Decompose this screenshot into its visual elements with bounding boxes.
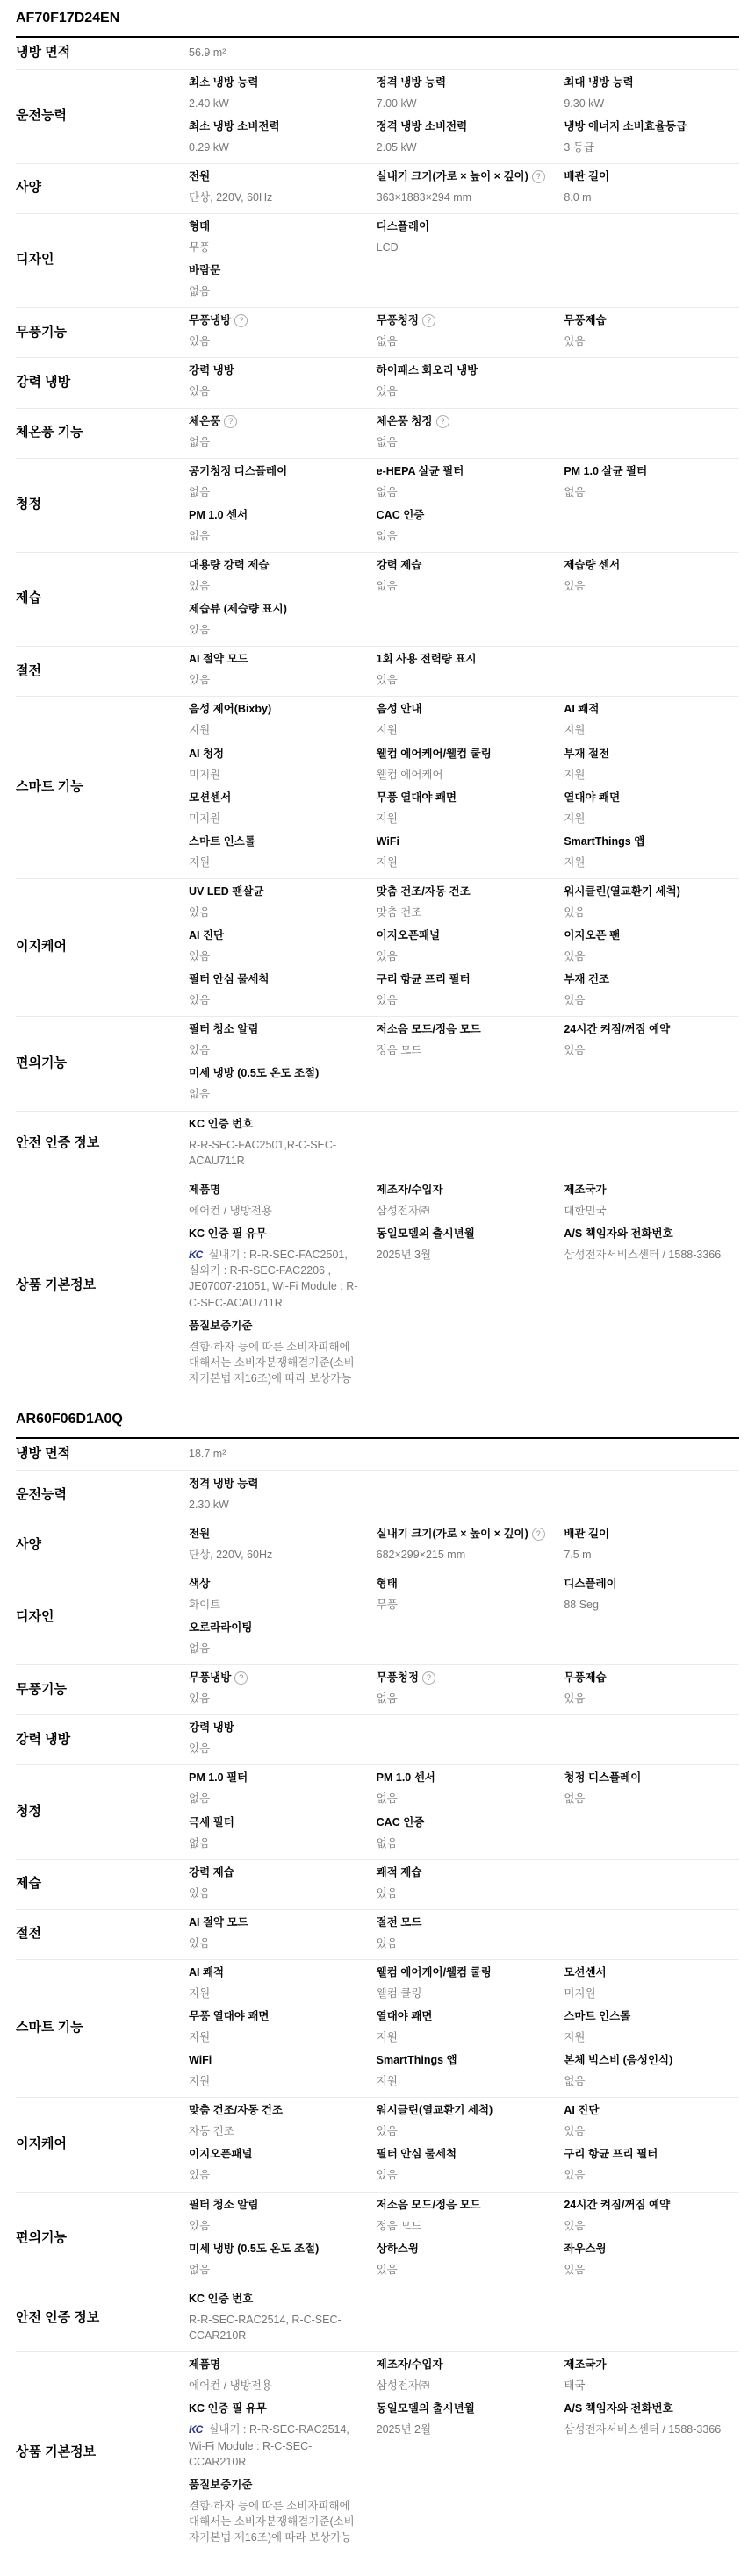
spec-rows: UV LED 팬살균있음맞춤 건조/자동 건조맞춤 건조워시클린(열교환기 세척… [189, 885, 739, 1008]
spec-value: 대한민국 [564, 1203, 739, 1219]
spec-label: 이지오픈 팬 [564, 929, 739, 942]
spec-value: 없음 [189, 434, 364, 450]
spec-cell: 쾌적 제습있음 [377, 1866, 552, 1901]
spec-section-row: 디자인색상화이트형태무풍디스플레이88 Seg오로라라이팅없음 [16, 1571, 739, 1665]
section-category: 강력 냉방 [16, 1731, 189, 1749]
spec-label: 실내기 크기(가로 × 높이 × 깊이)? [377, 170, 552, 183]
spec-cell: 공기청정 디스플레이없음 [189, 465, 364, 500]
spec-cell: 제습량 센서있음 [564, 559, 739, 594]
spec-cell: KC 인증 필 유무KC실내기 : R-R-SEC-RAC2514, Wi-Fi… [189, 2402, 364, 2470]
info-tooltip-icon[interactable]: ? [532, 1528, 545, 1541]
spec-cell: 본체 빅스비 (음성인식)없음 [564, 2054, 739, 2089]
spec-value: 없음 [377, 1691, 552, 1707]
spec-cell: 이지오픈 팬있음 [564, 929, 739, 964]
spec-cell: 상하스윙있음 [377, 2243, 552, 2278]
spec-value: KC실내기 : R-R-SEC-RAC2514, Wi-Fi Module : … [189, 2422, 364, 2470]
spec-label: 맞춤 건조/자동 건조 [377, 885, 552, 898]
section-category: 절전 [16, 662, 189, 680]
section-category: 상품 기본정보 [16, 1277, 189, 1294]
spec-value: 없음 [377, 484, 552, 500]
spec-label: 전원 [189, 170, 364, 183]
spec-section-row: 편의기능필터 청소 알림있음저소음 모드/정음 모드정음 모드24시간 켜짐/꺼… [16, 1017, 739, 1111]
spec-cell: 디스플레이LCD [377, 220, 552, 255]
spec-cell-row: 색상화이트형태무풍디스플레이88 Seg [189, 1578, 739, 1613]
spec-value: 있음 [189, 1042, 364, 1058]
spec-value: 지원 [189, 855, 364, 870]
spec-value: 결함·하자 등에 따른 소비자피해에 대해서는 소비자분쟁해결기준(소비자기본법… [189, 1339, 364, 1386]
info-tooltip-icon[interactable]: ? [224, 415, 237, 428]
spec-value: KC실내기 : R-R-SEC-FAC2501, 실외기 : R-R-SEC-F… [189, 1247, 364, 1311]
spec-value: 자동 건조 [189, 2123, 364, 2139]
spec-label: 모션센서 [564, 1966, 739, 1979]
spec-label: A/S 책임자와 전화번호 [564, 1227, 739, 1241]
spec-value: 있음 [189, 333, 364, 349]
spec-label: 부재 절전 [564, 748, 739, 761]
spec-cell-row: 바람문없음 [189, 264, 739, 299]
spec-section-row: 사양전원단상, 220V, 60Hz실내기 크기(가로 × 높이 × 깊이)?6… [16, 1521, 739, 1571]
spec-label: AI 절약 모드 [189, 1916, 364, 1929]
spec-rows: 맞춤 건조/자동 건조자동 건조워시클린(열교환기 세척)있음AI 진단있음이지… [189, 2104, 739, 2183]
spec-cell: 제품명에어컨 / 냉방전용 [189, 2358, 364, 2394]
spec-cell-row: 미세 냉방 (0.5도 온도 조절)없음상하스윙있음좌우스윙있음 [189, 2243, 739, 2278]
spec-label: 웰컴 에어케어/웰컴 쿨링 [377, 748, 552, 761]
spec-value: 지원 [564, 767, 739, 783]
spec-label: CAC 인증 [377, 509, 552, 522]
spec-value: 무풍 [189, 240, 364, 255]
spec-value: 있음 [564, 2123, 739, 2139]
spec-cell-row: 제습뷰 (제습량 표시)있음 [189, 603, 739, 638]
spec-label: 색상 [189, 1578, 364, 1591]
spec-cell: 무풍제습있음 [564, 1671, 739, 1707]
spec-cell: 디스플레이88 Seg [564, 1578, 739, 1613]
spec-cell-row: 공기청정 디스플레이없음e-HEPA 살균 필터없음PM 1.0 살균 필터없음 [189, 465, 739, 500]
spec-cell: 저소음 모드/정음 모드정음 모드 [377, 2199, 552, 2234]
spec-label: 필터 청소 알림 [189, 1023, 364, 1036]
spec-value: 없음 [189, 1791, 364, 1807]
spec-cell: 필터 안심 물세척있음 [377, 2148, 552, 2183]
spec-cell-row: 맞춤 건조/자동 건조자동 건조워시클린(열교환기 세척)있음AI 진단있음 [189, 2104, 739, 2139]
spec-cell-row: 무풍 열대야 쾌면지원열대야 쾌면지원스마트 인스톨지원 [189, 2010, 739, 2045]
spec-value: 있음 [564, 2167, 739, 2183]
spec-value: 없음 [189, 1086, 364, 1102]
spec-section-row: 상품 기본정보제품명에어컨 / 냉방전용제조자/수입자삼성전자㈜제조국가대한민국… [16, 1177, 739, 1394]
spec-cell: SmartThings 앱지원 [564, 835, 739, 870]
spec-cell: WiFi지원 [189, 2054, 364, 2089]
spec-value: 결함·하자 등에 따른 소비자피해에 대해서는 소비자분쟁해결기준(소비자기본법… [189, 2498, 364, 2545]
spec-label: 좌우스윙 [564, 2243, 739, 2256]
spec-rows: 강력 냉방있음하이패스 회오리 냉방있음 [189, 364, 739, 399]
spec-cell-row: 전원단상, 220V, 60Hz실내기 크기(가로 × 높이 × 깊이)?363… [189, 170, 739, 205]
spec-value: 있음 [377, 672, 552, 688]
spec-cell: KC 인증 번호R-R-SEC-FAC2501,R-C-SEC-ACAU711R [189, 1118, 364, 1169]
spec-cell: 미세 냉방 (0.5도 온도 조절)없음 [189, 1067, 364, 1102]
info-tooltip-icon[interactable]: ? [436, 415, 449, 428]
spec-label: PM 1.0 센서 [377, 1771, 552, 1785]
section-category: 사양 [16, 179, 189, 197]
spec-cell-row: 강력 냉방있음 [189, 1721, 739, 1757]
product-model-title: AF70F17D24EN [16, 7, 739, 38]
spec-section-row: 이지케어맞춤 건조/자동 건조자동 건조워시클린(열교환기 세척)있음AI 진단… [16, 2098, 739, 2192]
spec-label: 저소음 모드/정음 모드 [377, 2199, 552, 2212]
spec-section-row: 강력 냉방강력 냉방있음하이패스 회오리 냉방있음 [16, 358, 739, 408]
spec-section-row: 편의기능필터 청소 알림있음저소음 모드/정음 모드정음 모드24시간 켜짐/꺼… [16, 2193, 739, 2286]
spec-cell-row: 미세 냉방 (0.5도 온도 조절)없음 [189, 1067, 739, 1102]
spec-label: 체온풍? [189, 415, 364, 428]
spec-value: 있음 [564, 333, 739, 349]
spec-cell-row: 제품명에어컨 / 냉방전용제조자/수입자삼성전자㈜제조국가태국 [189, 2358, 739, 2394]
spec-label: 무풍제습 [564, 314, 739, 327]
spec-rows: 필터 청소 알림있음저소음 모드/정음 모드정음 모드24시간 켜짐/꺼짐 예약… [189, 1023, 739, 1102]
spec-label: 필터 청소 알림 [189, 2199, 364, 2212]
spec-cell: 하이패스 회오리 냉방있음 [377, 364, 552, 399]
spec-label: 이지오픈패널 [189, 2148, 364, 2161]
spec-cell: 스마트 인스톨지원 [564, 2010, 739, 2045]
spec-value: 태국 [564, 2378, 739, 2394]
spec-cell-row: 강력 냉방있음하이패스 회오리 냉방있음 [189, 364, 739, 399]
spec-value: 없음 [377, 578, 552, 594]
spec-rows: 음성 제어(Bixby)지원음성 안내지원AI 쾌적지원AI 청정미지원웰컴 에… [189, 703, 739, 870]
spec-value: 지원 [377, 2029, 552, 2045]
spec-value: 삼성전자㈜ [377, 2378, 552, 2394]
spec-value: 있음 [189, 2167, 364, 2183]
spec-section-row: 냉방 면적18.7 m² [16, 1439, 739, 1471]
spec-value: 정음 모드 [377, 1042, 552, 1058]
spec-value: 지원 [377, 722, 552, 738]
spec-cell: WiFi지원 [377, 835, 552, 870]
spec-value: 없음 [189, 1641, 364, 1657]
spec-label: KC 인증 번호 [189, 2293, 364, 2306]
spec-cell-row: 최소 냉방 소비전력0.29 kW정격 냉방 소비전력2.05 kW냉방 에너지… [189, 120, 739, 155]
section-category: 강력 냉방 [16, 374, 189, 391]
spec-cell-row: 강력 제습있음쾌적 제습있음 [189, 1866, 739, 1901]
spec-cell: 음성 제어(Bixby)지원 [189, 703, 364, 738]
spec-value: 웰컴 에어케어 [377, 767, 552, 783]
section-category: 안전 인증 정보 [16, 1134, 189, 1152]
spec-value: 있음 [564, 1042, 739, 1058]
spec-cell: AI 쾌적지원 [564, 703, 739, 738]
spec-label: UV LED 팬살균 [189, 885, 364, 898]
spec-value: 있음 [189, 2218, 364, 2234]
spec-value: 없음 [377, 1835, 552, 1851]
section-category: 절전 [16, 1925, 189, 1943]
spec-cell: 정격 냉방 능력7.00 kW [377, 76, 552, 111]
spec-label: 무풍제습 [564, 1671, 739, 1685]
spec-label: AI 진단 [564, 2104, 739, 2117]
spec-rows: AI 절약 모드있음절전 모드있음 [189, 1916, 739, 1951]
spec-label: AI 청정 [189, 748, 364, 761]
spec-value: 있음 [189, 948, 364, 964]
spec-value: 맞춤 건조 [377, 905, 552, 920]
spec-label: SmartThings 앱 [564, 835, 739, 848]
spec-cell-row: 극세 필터없음CAC 인증없음 [189, 1816, 739, 1851]
spec-value: 있음 [189, 1885, 364, 1901]
spec-cell: 제품명에어컨 / 냉방전용 [189, 1184, 364, 1219]
spec-cell: 열대야 쾌면지원 [377, 2010, 552, 2045]
spec-cell-row: UV LED 팬살균있음맞춤 건조/자동 건조맞춤 건조워시클린(열교환기 세척… [189, 885, 739, 920]
spec-label: 워시클린(열교환기 세척) [377, 2104, 552, 2117]
spec-cell: A/S 책임자와 전화번호삼성전자서비스센터 / 1588-3366 [564, 2402, 739, 2470]
section-category: 안전 인증 정보 [16, 2309, 189, 2327]
spec-cell-row: 이지오픈패널있음필터 안심 물세척있음구리 항균 프리 필터있음 [189, 2148, 739, 2183]
spec-value: 18.7 m² [189, 1446, 364, 1462]
spec-cell: 강력 냉방있음 [189, 364, 364, 399]
spec-value: 363×1883×294 mm [377, 190, 552, 205]
spec-label: 강력 냉방 [189, 1721, 364, 1735]
spec-cell-row: KC 인증 필 유무KC실내기 : R-R-SEC-FAC2501, 실외기 :… [189, 1227, 739, 1311]
spec-cell: 무풍청정?없음 [377, 1671, 552, 1707]
spec-label: A/S 책임자와 전화번호 [564, 2402, 739, 2415]
spec-cell-row: 18.7 m² [189, 1446, 739, 1462]
spec-label: 동일모델의 출시년월 [377, 2402, 552, 2415]
spec-label: 열대야 쾌면 [564, 791, 739, 805]
section-category: 이지케어 [16, 938, 189, 955]
spec-section-row: 청정PM 1.0 필터없음PM 1.0 센서없음청정 디스플레이없음극세 필터없… [16, 1765, 739, 1859]
spec-cell-row: KC 인증 번호R-R-SEC-RAC2514, R-C-SEC-CCAR210… [189, 2293, 739, 2343]
spec-rows: 필터 청소 알림있음저소음 모드/정음 모드정음 모드24시간 켜짐/꺼짐 예약… [189, 2199, 739, 2278]
spec-label: 제습량 센서 [564, 559, 739, 572]
spec-cell-row: PM 1.0 센서없음CAC 인증없음 [189, 509, 739, 544]
spec-cell: 제습뷰 (제습량 표시)있음 [189, 603, 364, 638]
spec-label: 공기청정 디스플레이 [189, 465, 364, 478]
spec-label: 워시클린(열교환기 세척) [564, 885, 739, 898]
spec-value: 무풍 [377, 1597, 552, 1613]
spec-label: 정격 냉방 능력 [189, 1478, 364, 1491]
spec-cell: 실내기 크기(가로 × 높이 × 깊이)?682×299×215 mm [377, 1528, 552, 1563]
spec-label: 제습뷰 (제습량 표시) [189, 603, 364, 616]
spec-value: 에어컨 / 냉방전용 [189, 2378, 364, 2394]
spec-label: 하이패스 회오리 냉방 [377, 364, 552, 377]
spec-rows: 공기청정 디스플레이없음e-HEPA 살균 필터없음PM 1.0 살균 필터없음… [189, 465, 739, 544]
spec-cell: A/S 책임자와 전화번호삼성전자서비스센터 / 1588-3366 [564, 1227, 739, 1311]
spec-cell-row: AI 절약 모드있음절전 모드있음 [189, 1916, 739, 1951]
spec-value: 없음 [377, 1791, 552, 1807]
spec-cell-row: AI 쾌적지원웰컴 에어케어/웰컴 쿨링웰컴 쿨링모션센서미지원 [189, 1966, 739, 2001]
spec-cell: 품질보증기준결함·하자 등에 따른 소비자피해에 대해서는 소비자분쟁해결기준(… [189, 2479, 364, 2545]
spec-label: 형태 [189, 220, 364, 233]
spec-section-row: 상품 기본정보제품명에어컨 / 냉방전용제조자/수입자삼성전자㈜제조국가태국KC… [16, 2352, 739, 2553]
spec-value: 지원 [377, 811, 552, 826]
section-category: 디자인 [16, 1608, 189, 1626]
spec-label: 부재 건조 [564, 973, 739, 986]
spec-label: 체온풍 청정? [377, 415, 552, 428]
spec-cell: AI 쾌적지원 [189, 1966, 364, 2001]
spec-cell-row: 필터 청소 알림있음저소음 모드/정음 모드정음 모드24시간 켜짐/꺼짐 예약… [189, 1023, 739, 1058]
spec-rows: 색상화이트형태무풍디스플레이88 Seg오로라라이팅없음 [189, 1578, 739, 1657]
spec-value: 2.05 kW [377, 140, 552, 155]
spec-cell: 맞춤 건조/자동 건조자동 건조 [189, 2104, 364, 2139]
spec-cell: 전원단상, 220V, 60Hz [189, 1528, 364, 1563]
section-category: 체온풍 기능 [16, 424, 189, 441]
spec-label: 미세 냉방 (0.5도 온도 조절) [189, 2243, 364, 2256]
spec-value: 2.40 kW [189, 96, 364, 111]
spec-value: 단상, 220V, 60Hz [189, 190, 364, 205]
spec-cell-row: 형태무풍디스플레이LCD [189, 220, 739, 255]
section-category: 냉방 면적 [16, 44, 189, 61]
section-category: 편의기능 [16, 1055, 189, 1072]
spec-value: 단상, 220V, 60Hz [189, 1547, 364, 1563]
spec-label: 웰컴 에어케어/웰컴 쿨링 [377, 1966, 552, 1979]
spec-section-row: 무풍기능무풍냉방?있음무풍청정?없음무풍제습있음 [16, 308, 739, 358]
spec-value: 2025년 3월 [377, 1247, 552, 1263]
spec-cell: 무풍냉방?있음 [189, 314, 364, 349]
spec-cell: 1회 사용 전력량 표시있음 [377, 653, 552, 688]
spec-cell: 워시클린(열교환기 세척)있음 [377, 2104, 552, 2139]
spec-label: 품질보증기준 [189, 1320, 364, 1333]
section-category: 제습 [16, 590, 189, 607]
spec-value: 있음 [377, 2167, 552, 2183]
spec-cell-row: AI 절약 모드있음1회 사용 전력량 표시있음 [189, 653, 739, 688]
spec-cell-row: 56.9 m² [189, 45, 739, 61]
spec-label: 무풍냉방? [189, 1671, 364, 1685]
spec-rows: 무풍냉방?있음무풍청정?없음무풍제습있음 [189, 314, 739, 349]
spec-value: 7.00 kW [377, 96, 552, 111]
spec-label: PM 1.0 필터 [189, 1771, 364, 1785]
spec-cell: 무풍 열대야 쾌면지원 [377, 791, 552, 826]
info-tooltip-icon[interactable]: ? [234, 1671, 248, 1685]
spec-label: 상하스윙 [377, 2243, 552, 2256]
spec-section-row: 디자인형태무풍디스플레이LCD바람문없음 [16, 214, 739, 308]
spec-value: 0.29 kW [189, 140, 364, 155]
spec-value: 8.0 m [564, 190, 739, 205]
spec-value: 없음 [189, 2262, 364, 2278]
spec-value: 없음 [377, 434, 552, 450]
spec-value: 3 등급 [564, 140, 739, 155]
spec-section-row: 사양전원단상, 220V, 60Hz실내기 크기(가로 × 높이 × 깊이)?3… [16, 164, 739, 214]
info-tooltip-icon[interactable]: ? [422, 314, 435, 327]
spec-cell: 구리 항균 프리 필터있음 [377, 973, 552, 1008]
product-spec-page: AF70F17D24EN냉방 면적56.9 m²운전능력최소 냉방 능력2.40… [0, 0, 755, 2576]
spec-label: 맞춤 건조/자동 건조 [189, 2104, 364, 2117]
spec-rows: 강력 제습있음쾌적 제습있음 [189, 1866, 739, 1901]
spec-label: 디스플레이 [377, 220, 552, 233]
spec-cell-row: 스마트 인스톨지원WiFi지원SmartThings 앱지원 [189, 835, 739, 870]
spec-section-row: 절전AI 절약 모드있음1회 사용 전력량 표시있음 [16, 647, 739, 697]
spec-label: WiFi [189, 2054, 364, 2067]
spec-value: 있음 [564, 948, 739, 964]
spec-value: 있음 [564, 992, 739, 1008]
spec-label: 동일모델의 출시년월 [377, 1227, 552, 1241]
spec-cell: 제조자/수입자삼성전자㈜ [377, 2358, 552, 2394]
spec-value: 682×299×215 mm [377, 1547, 552, 1563]
spec-value: 없음 [564, 1791, 739, 1807]
spec-cell-row: 체온풍?없음체온풍 청정?없음 [189, 415, 739, 450]
section-category: 이지케어 [16, 2136, 189, 2153]
spec-label: 음성 제어(Bixby) [189, 703, 364, 716]
spec-label: 무풍청정? [377, 314, 552, 327]
spec-cell: 웰컴 에어케어/웰컴 쿨링웰컴 에어케어 [377, 748, 552, 783]
spec-label: SmartThings 앱 [377, 2054, 552, 2067]
spec-label: KC 인증 필 유무 [189, 1227, 364, 1241]
spec-value: 없음 [189, 1835, 364, 1851]
spec-value: 있음 [189, 1936, 364, 1951]
spec-value: 있음 [377, 1936, 552, 1951]
products-container: AF70F17D24EN냉방 면적56.9 m²운전능력최소 냉방 능력2.40… [16, 7, 739, 2553]
spec-value: 지원 [377, 855, 552, 870]
spec-cell-row: PM 1.0 필터없음PM 1.0 센서없음청정 디스플레이없음 [189, 1771, 739, 1807]
spec-label: 최소 냉방 능력 [189, 76, 364, 89]
spec-label: 1회 사용 전력량 표시 [377, 653, 552, 666]
info-tooltip-icon[interactable]: ? [422, 1671, 435, 1685]
spec-cell: 부재 건조있음 [564, 973, 739, 1008]
spec-cell: 56.9 m² [189, 45, 364, 61]
spec-rows: 56.9 m² [189, 45, 739, 61]
spec-cell-row: 오로라라이팅없음 [189, 1621, 739, 1657]
spec-cell: 강력 냉방있음 [189, 1721, 364, 1757]
spec-label: 극세 필터 [189, 1816, 364, 1829]
spec-cell: KC 인증 번호R-R-SEC-RAC2514, R-C-SEC-CCAR210… [189, 2293, 364, 2343]
spec-rows: 18.7 m² [189, 1446, 739, 1462]
spec-cell: 정격 냉방 소비전력2.05 kW [377, 120, 552, 155]
spec-value: 있음 [377, 992, 552, 1008]
spec-value: 없음 [189, 528, 364, 544]
spec-value: 정음 모드 [377, 2218, 552, 2234]
section-category: 디자인 [16, 251, 189, 268]
spec-label: 스마트 인스톨 [189, 835, 364, 848]
spec-label: 강력 제습 [377, 559, 552, 572]
spec-value: 웰컴 쿨링 [377, 1986, 552, 2001]
spec-section-row: 제습강력 제습있음쾌적 제습있음 [16, 1860, 739, 1910]
spec-value: 있음 [377, 948, 552, 964]
spec-label: 구리 항균 프리 필터 [377, 973, 552, 986]
spec-value: 있음 [564, 2218, 739, 2234]
spec-rows: PM 1.0 필터없음PM 1.0 센서없음청정 디스플레이없음극세 필터없음C… [189, 1771, 739, 1850]
spec-cell: 배관 길이8.0 m [564, 170, 739, 205]
spec-value: 있음 [377, 1885, 552, 1901]
spec-cell: 동일모델의 출시년월2025년 3월 [377, 1227, 552, 1311]
spec-value: 에어컨 / 냉방전용 [189, 1203, 364, 1219]
spec-value: 있음 [564, 2262, 739, 2278]
spec-label: 강력 제습 [189, 1866, 364, 1879]
spec-cell-row: 정격 냉방 능력2.30 kW [189, 1478, 739, 1513]
spec-cell: 최소 냉방 소비전력0.29 kW [189, 120, 364, 155]
spec-cell: 무풍청정?없음 [377, 314, 552, 349]
spec-section-row: 냉방 면적56.9 m² [16, 38, 739, 70]
spec-label: 필터 안심 물세척 [377, 2148, 552, 2161]
section-category: 스마트 기능 [16, 2019, 189, 2036]
spec-label: 최대 냉방 능력 [564, 76, 739, 89]
spec-cell: 제조자/수입자삼성전자㈜ [377, 1184, 552, 1219]
section-category: 무풍기능 [16, 1681, 189, 1699]
spec-rows: 체온풍?없음체온풍 청정?없음 [189, 415, 739, 450]
spec-value: 없음 [564, 484, 739, 500]
spec-cell: 구리 항균 프리 필터있음 [564, 2148, 739, 2183]
spec-label: 냉방 에너지 소비효율등급 [564, 120, 739, 133]
spec-cell: 음성 안내지원 [377, 703, 552, 738]
spec-value: 지원 [189, 2073, 364, 2089]
spec-label: 본체 빅스비 (음성인식) [564, 2054, 739, 2067]
spec-rows: AI 쾌적지원웰컴 에어케어/웰컴 쿨링웰컴 쿨링모션센서미지원무풍 열대야 쾌… [189, 1966, 739, 2089]
spec-cell: 열대야 쾌면지원 [564, 791, 739, 826]
product-section: AR60F06D1A0Q냉방 면적18.7 m²운전능력정격 냉방 능력2.30… [16, 1408, 739, 2553]
spec-label: 오로라라이팅 [189, 1621, 364, 1635]
spec-value: 있음 [189, 622, 364, 638]
info-tooltip-icon[interactable]: ? [532, 170, 545, 183]
spec-cell: PM 1.0 센서없음 [377, 1771, 552, 1807]
spec-cell-row: 모션센서미지원무풍 열대야 쾌면지원열대야 쾌면지원 [189, 791, 739, 826]
spec-cell: PM 1.0 센서없음 [189, 509, 364, 544]
spec-cell: SmartThings 앱지원 [377, 2054, 552, 2089]
section-category: 청정 [16, 496, 189, 513]
spec-value: 있음 [189, 672, 364, 688]
spec-section-row: 안전 인증 정보KC 인증 번호R-R-SEC-RAC2514, R-C-SEC… [16, 2286, 739, 2352]
spec-label: 품질보증기준 [189, 2479, 364, 2492]
spec-value: 있음 [377, 383, 552, 399]
spec-cell: 모션센서미지원 [189, 791, 364, 826]
spec-cell: AI 진단있음 [189, 929, 364, 964]
section-category: 편의기능 [16, 2229, 189, 2247]
spec-section-row: 스마트 기능음성 제어(Bixby)지원음성 안내지원AI 쾌적지원AI 청정미… [16, 697, 739, 879]
info-tooltip-icon[interactable]: ? [234, 314, 248, 327]
